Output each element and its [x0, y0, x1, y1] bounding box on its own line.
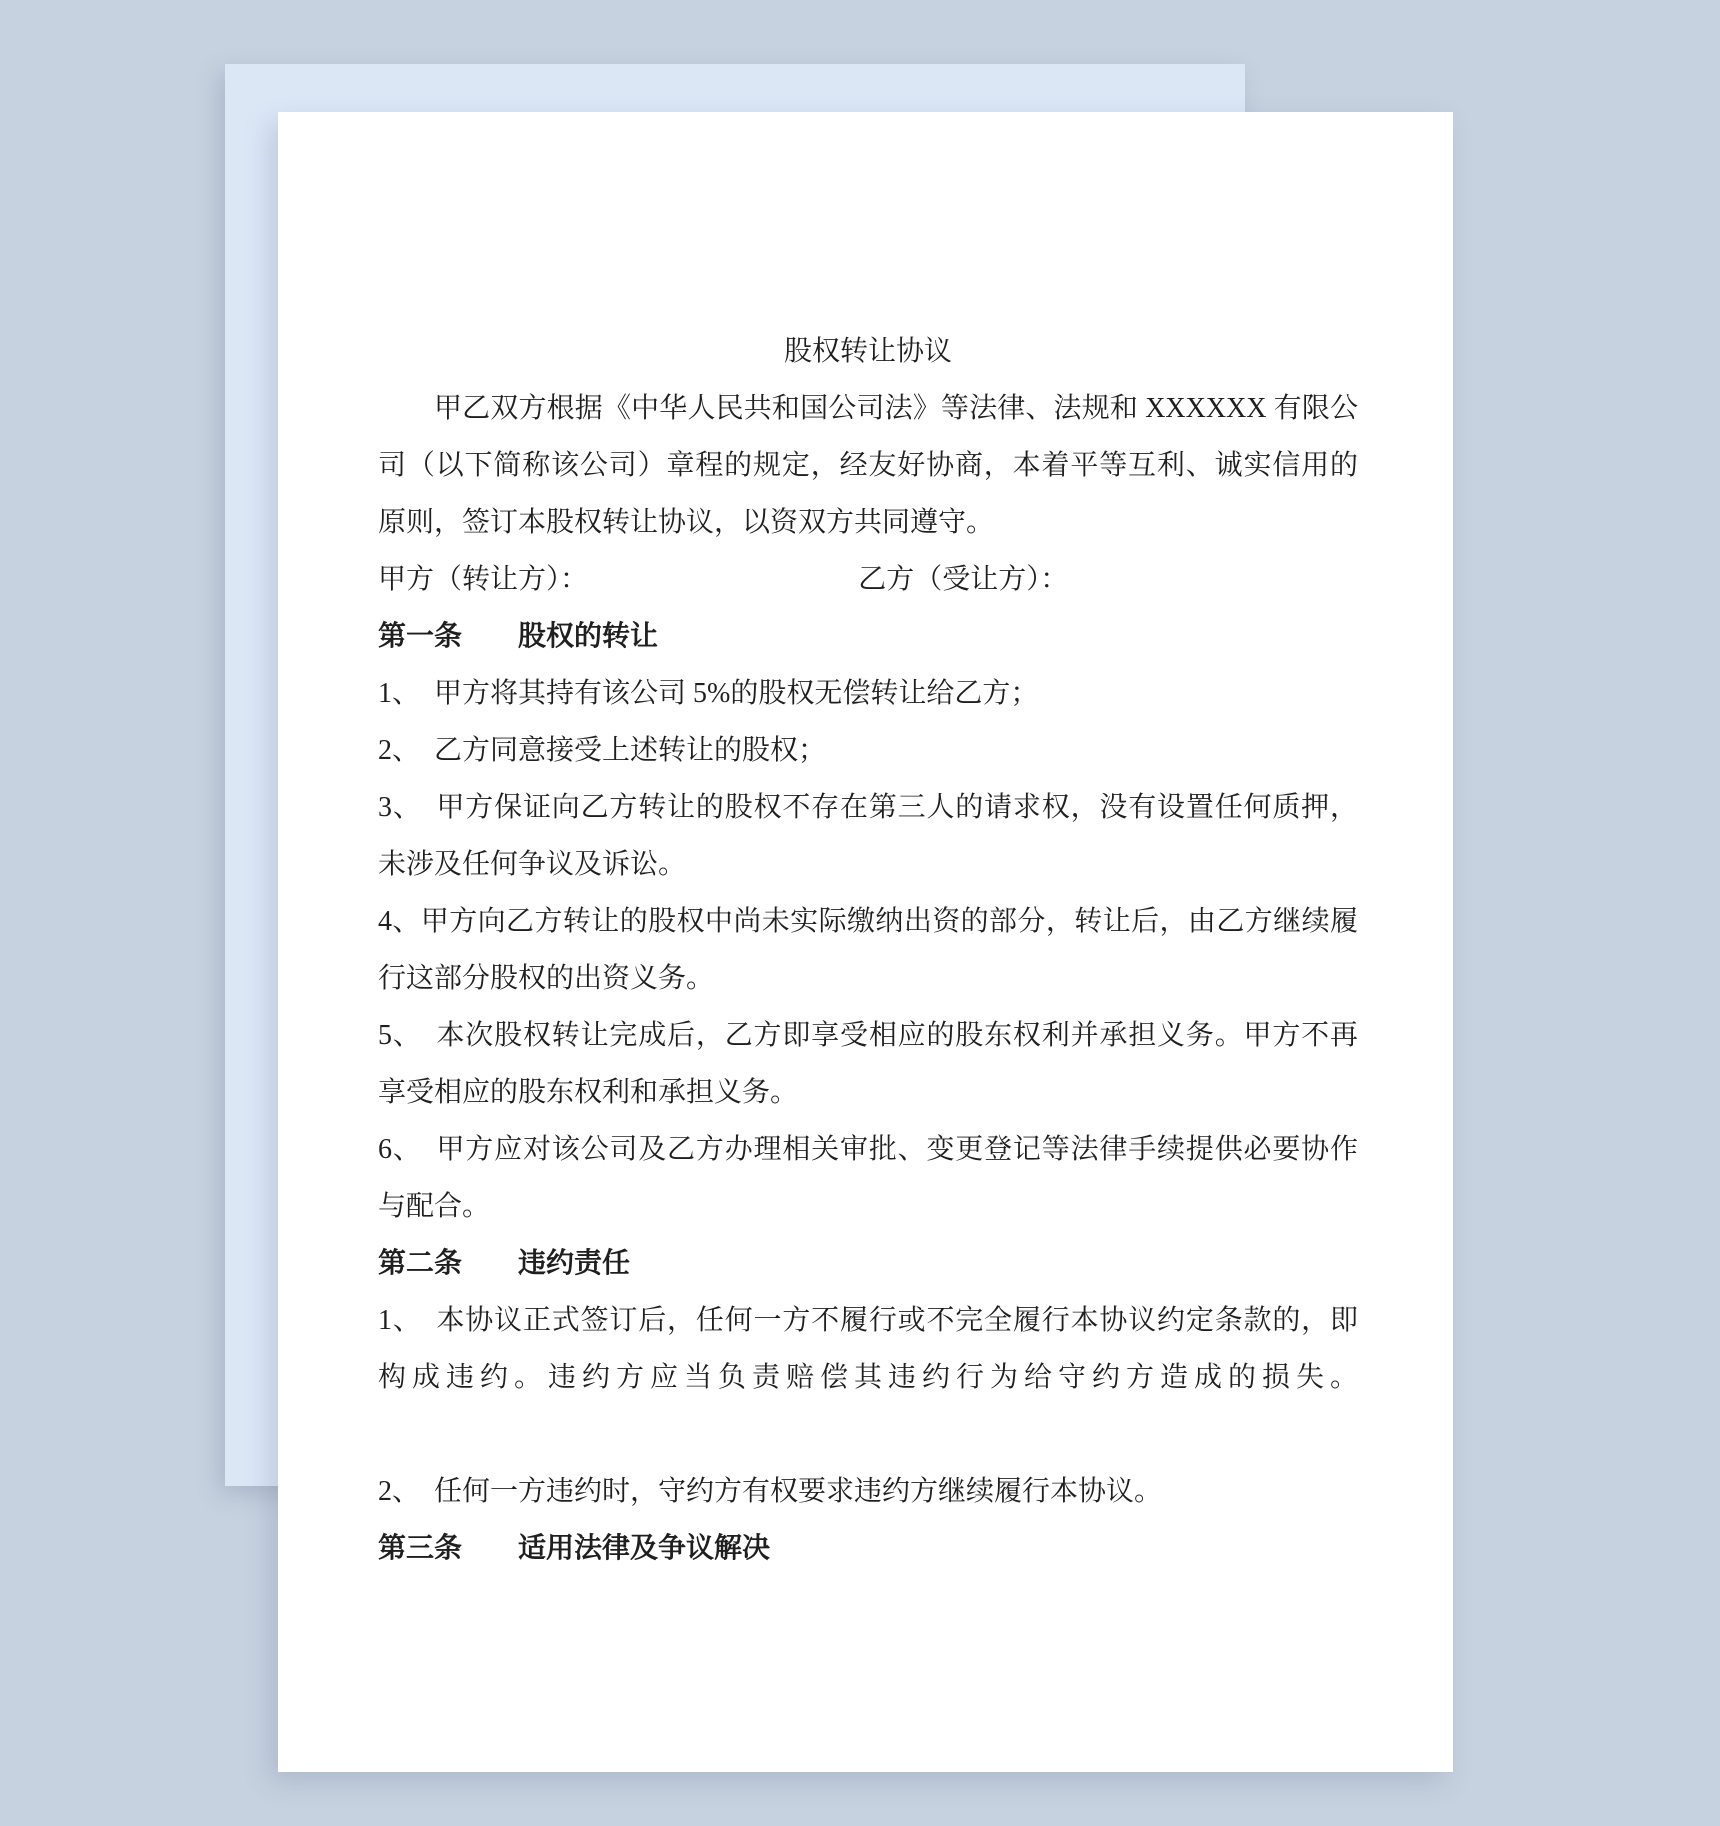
party-b-label: 乙方（受让方）：: [858, 551, 1068, 608]
doc-line-fill: 构成违约。违约方应当负责赔偿其违约行为给守约方造成的损失。: [378, 1349, 1358, 1406]
doc-line-fill: 4、甲方向乙方转让的股权中尚未实际缴纳出资的部分，转让后，由乙方继续履: [378, 893, 1358, 950]
doc-line-fill: 5、 本次股权转让完成后，乙方即享受相应的股东权利并承担义务。甲方不再: [378, 1007, 1358, 1064]
doc-line-fill: 3、 甲方保证向乙方转让的股权不存在第三人的请求权，没有设置任何质押，: [378, 779, 1358, 836]
doc-line-heading: 第二条 违约责任: [378, 1235, 1358, 1292]
doc-line-parties: 甲方（转让方）：乙方（受让方）：: [378, 551, 1358, 608]
doc-line-plain: 享受相应的股东权利和承担义务。: [378, 1064, 1358, 1121]
doc-line-plain: 未涉及任何争议及诉讼。: [378, 836, 1358, 893]
doc-line-fill: 司（以下简称该公司）章程的规定，经友好协商，本着平等互利、诚实信用的: [378, 437, 1358, 494]
doc-line-fill: 甲乙双方根据《中华人民共和国公司法》等法律、法规和 XXXXXX 有限公: [378, 380, 1358, 437]
party-a-label: 甲方（转让方）：: [378, 564, 588, 595]
doc-line-fill: 6、 甲方应对该公司及乙方办理相关审批、变更登记等法律手续提供必要协作: [378, 1121, 1358, 1178]
doc-line-plain: 2、 任何一方违约时，守约方有权要求违约方继续履行本协议。: [378, 1463, 1358, 1520]
doc-line-plain: 行这部分股权的出资义务。: [378, 950, 1358, 1007]
document-page: 股权转让协议甲乙双方根据《中华人民共和国公司法》等法律、法规和 XXXXXX 有…: [278, 112, 1453, 1772]
document-body: 股权转让协议甲乙双方根据《中华人民共和国公司法》等法律、法规和 XXXXXX 有…: [378, 323, 1358, 1577]
doc-line-plain: 1、 甲方将其持有该公司 5%的股权无偿转让给乙方；: [378, 665, 1358, 722]
doc-line-plain: 2、 乙方同意接受上述转让的股权；: [378, 722, 1358, 779]
doc-line-heading: 第三条 适用法律及争议解决: [378, 1520, 1358, 1577]
doc-line-title: 股权转让协议: [378, 323, 1358, 380]
desk-background: 股权转让协议甲乙双方根据《中华人民共和国公司法》等法律、法规和 XXXXXX 有…: [0, 0, 1720, 1826]
doc-line-plain: 与配合。: [378, 1178, 1358, 1235]
doc-line-fill: 1、 本协议正式签订后，任何一方不履行或不完全履行本协议约定条款的，即: [378, 1292, 1358, 1349]
doc-line-heading: 第一条 股权的转让: [378, 608, 1358, 665]
doc-line-plain: 原则，签订本股权转让协议，以资双方共同遵守。: [378, 494, 1358, 551]
doc-line-blank: [378, 1406, 1358, 1463]
